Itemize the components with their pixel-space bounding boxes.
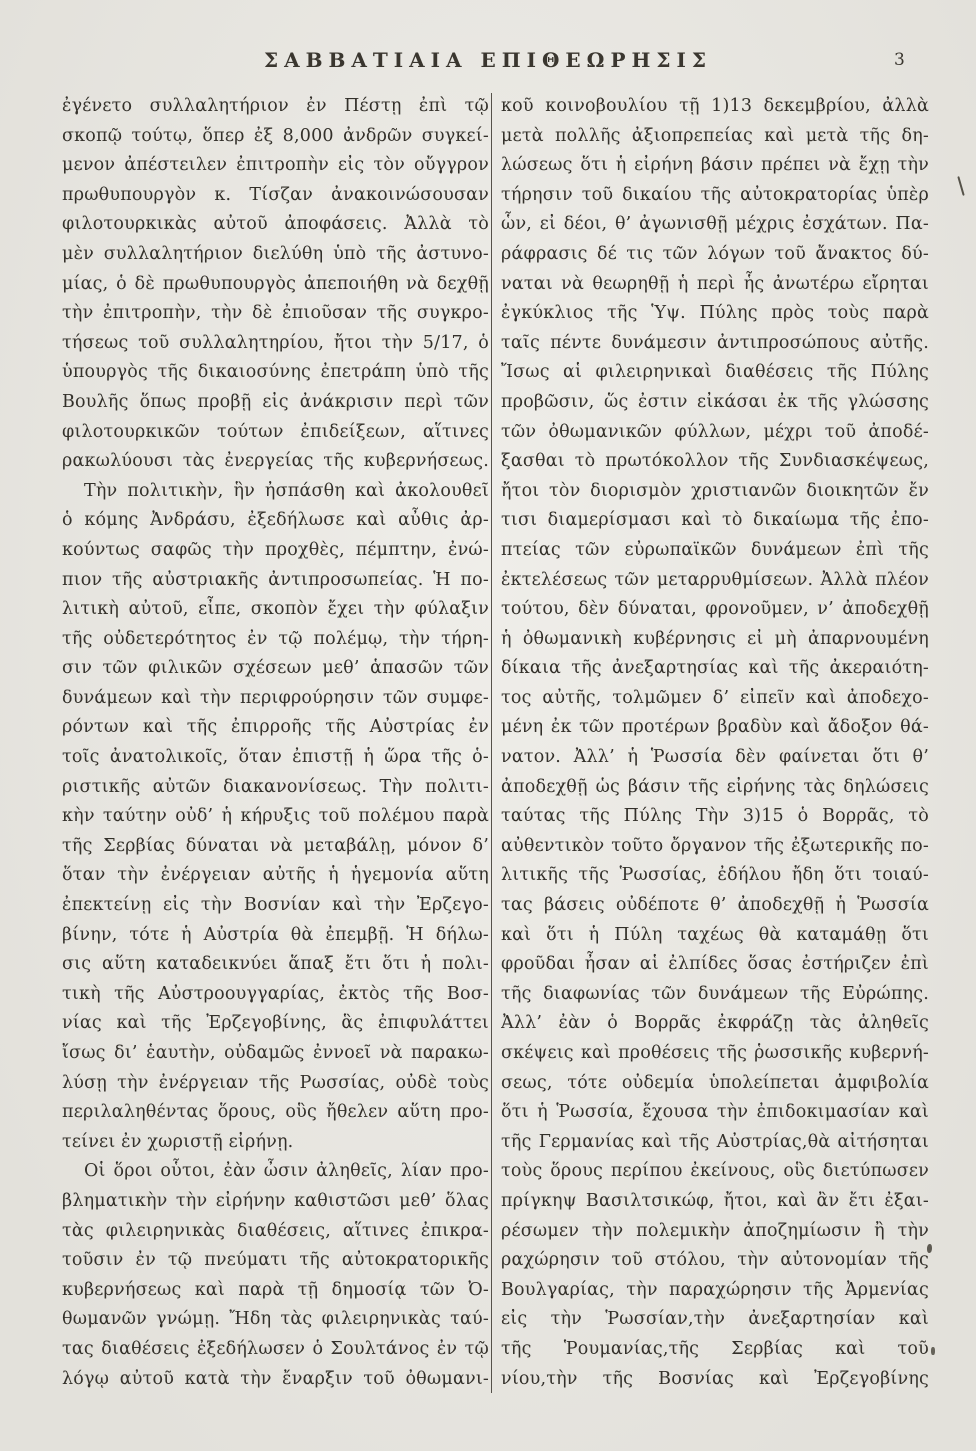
text-line: λιτικῆς τῆς Ῥωσσίας, ἐδήλου ἤδη ὅτι τοια… xyxy=(501,861,929,891)
text-line: σκοπῷ τούτῳ, ὅπερ ἐξ 8,000 ἀνδρῶν συγκεί… xyxy=(62,122,489,152)
text-line: περιλαληθέντας ὅρους, οὓς ἤθελεν αὕτη πρ… xyxy=(62,1098,489,1128)
text-line: ναται νὰ θεωρηθῇ ἡ περὶ ἧς ἀνωτέρω εἴρητ… xyxy=(501,270,929,300)
text-line: τοῖς ἀνατολικοῖς, ὅταν ἐπιστῇ ἡ ὥρα τῆς … xyxy=(62,743,489,773)
text-line: φροῦδαι ἦσαν αἱ ἐλπίδες ὅσας ἐστήριζεν ἐ… xyxy=(501,950,929,980)
text-line: ἡ ὀθωμανικὴ κυβέρνησις εἰ μὴ ἀπαρνουμένη… xyxy=(501,625,929,655)
text-line: ράφρασις δέ τις τῶν λόγων τοῦ ἄνακτος δύ… xyxy=(501,240,929,270)
publication-title: ΣΑΒΒΑΤΙΑΙΑ ΕΠΙΘΕΩΡΗΣΙΣ xyxy=(0,48,976,72)
text-line: τῆς οὐδετερότητος ἐν τῷ πολέμῳ, τὴν τήρη… xyxy=(62,625,489,655)
text-line: ρόντων καὶ τῆς ἐπιρροῆς τῆς Αὐστρίας ἐν xyxy=(62,713,489,743)
text-line: νίου,τὴν τῆς Βοσνίας καὶ Ἐρζεγοβίνης προ… xyxy=(501,1365,929,1395)
text-line: αὐθεντικὸν τοῦτο ὄργανον τῆς ἐξωτερικῆς … xyxy=(501,832,929,862)
text-line: ἐπεκτείνῃ εἰς τὴν Βοσνίαν καὶ τὴν Ἐρζεγο… xyxy=(62,891,489,921)
text-line: Βουλῆς ὅπως προβῇ εἰς ἀνάκρισιν περὶ τῶν xyxy=(62,388,489,418)
text-line: τὴν ἐπιτροπὴν, τὴν δὲ ἐπιοῦσαν τῆς συγκρ… xyxy=(62,299,489,329)
text-line: τοῦσιν ἐν τῷ πνεύματι τῆς αὐτοκρατορικῆς xyxy=(62,1246,489,1276)
text-line: μετὰ πολλῆς ἀξιοπρεπείας καὶ μετὰ τῆς δη… xyxy=(501,122,929,152)
text-line: ἐγκύκλιος τῆς Ὑψ. Πύλης πρὸς τοὺς παρὰ xyxy=(501,299,929,329)
text-line: τισι διαμερίσμασι καὶ τὸ δικαίωμα τῆς ἐπ… xyxy=(501,506,929,536)
scan-artifact-speck xyxy=(927,1244,932,1253)
text-line: ἤτοι τὸν διορισμὸν χριστιανῶν διοικητῶν … xyxy=(501,477,929,507)
text-line: μίας, ὁ δὲ πρωθυπουργὸς ἀπεποιήθη νὰ δεχ… xyxy=(62,270,489,300)
text-line: τοὺς ὅρους περίπου ἐκείνους, οὓς διετύπω… xyxy=(501,1157,929,1187)
text-line: δίκαια τῆς ἀνεξαρτησίας καὶ τῆς ἀκεραιότ… xyxy=(501,654,929,684)
text-line: κούντως σαφῶς τὴν προχθὲς, πέμπτην, ἐνώ- xyxy=(62,536,489,566)
text-line: πρωθυπουργὸν κ. Τίσζαν ἀνακοινώσουσαν τὰ… xyxy=(62,181,489,211)
text-line: ρέσωμεν τὴν πολεμικὴν ἀποζημίωσιν ἢ τὴν … xyxy=(501,1217,929,1247)
text-line: ἐγένετο συλλαλητήριον ἐν Πέστῃ ἐπὶ τῷ xyxy=(62,92,489,122)
text-line: προβῶσιν, ὥς ἐστιν εἰκάσαι ἐκ τῆς γλώσση… xyxy=(501,388,929,418)
text-line: τῆς Σερβίας δύναται νὰ μεταβάλῃ, μόνον δ… xyxy=(62,832,489,862)
text-line: λιτικὴ αὐτοῦ, εἶπε, σκοπὸν ἔχει τὴν φύλα… xyxy=(62,595,489,625)
text-line: τῆς διαφωνίας τῶν δυνάμεων τῆς Εὐρώπης. xyxy=(501,980,929,1010)
text-line: μὲν συλλαλητήριον διελύθη ὑπὸ τῆς ἀστυνο… xyxy=(62,240,489,270)
text-line: ρακωλύουσι τὰς ἐνεργείας τῆς κυβερνήσεως… xyxy=(62,447,489,477)
right-text-column: κοῦ κοινοβουλίου τῇ 1)13 δεκεμβρίου, ἀλλ… xyxy=(501,92,929,1394)
text-line: τῶν ὀθωμανικῶν φύλλων, μέχρι τοῦ ἀποδέ- xyxy=(501,418,929,448)
text-line: Τὴν πολιτικὴν, ἣν ἠσπάσθη καὶ ἀκολουθεῖ xyxy=(62,477,489,507)
text-line: θωμανῶν γνώμῃ. Ἤδη τὰς φιλειρηνικὰς ταύ- xyxy=(62,1305,489,1335)
text-line: βίνην, τότε ἡ Αὐστρία θὰ ἐπεμβῇ. Ἡ δήλω- xyxy=(62,921,489,951)
text-line: πιον τῆς αὐστριακῆς ἀντιπροσωπείας. Ἡ πο… xyxy=(62,566,489,596)
text-line: τος αὐτῆς, τολμῶμεν δ’ εἰπεῖν καὶ ἀποδεχ… xyxy=(501,684,929,714)
text-line: καὶ ὅτι ἡ Πύλη ταχέως θὰ καταμάθῃ ὅτι xyxy=(501,921,929,951)
text-line: σιν τῶν φιλικῶν σχέσεων μεθ’ ἁπασῶν τῶν xyxy=(62,654,489,684)
text-line: μενον ἀπέστειλεν ἐπιτροπὴν εἰς τὸν οὔγγρ… xyxy=(62,151,489,181)
column-divider-rule xyxy=(491,93,492,1393)
text-line: ἀποδεχθῇ ὡς βάσιν τῆς εἰρήνης τὰς δηλώσε… xyxy=(501,773,929,803)
text-line: λύσῃ τὴν ἐνέργειαν τῆς Ρωσσίας, οὐδὲ τοὺ… xyxy=(62,1069,489,1099)
text-line: εἰς τὴν Ῥωσσίαν,τὴν ἀνεξαρτησίαν καὶ αὔξ… xyxy=(501,1305,929,1335)
text-line: Ἴσως αἱ φιλειρηνικαὶ διαθέσεις τῆς Πύλης xyxy=(501,358,929,388)
text-line: τὰς φιλειρηνικὰς διαθέσεις, αἵτινες ἐπικ… xyxy=(62,1217,489,1247)
text-line: Οἱ ὅροι οὗτοι, ἐὰν ὦσιν ἀληθεῖς, λίαν πρ… xyxy=(62,1157,489,1187)
text-line: τούτου, δὲν δύναται, φρονοῦμεν, ν’ ἀποδε… xyxy=(501,595,929,625)
text-line: ὅτι ἡ Ῥωσσία, ἔχουσα τὴν ἐπιδοκιμασίαν κ… xyxy=(501,1098,929,1128)
page-number: 3 xyxy=(894,50,905,70)
text-line: φιλοτουρκικῶν τούτων ἐπιδείξεων, αἵτινες… xyxy=(62,418,489,448)
scanned-newspaper-page: ΣΑΒΒΑΤΙΑΙΑ ΕΠΙΘΕΩΡΗΣΙΣ 3 ἐγένετο συλλαλη… xyxy=(0,0,976,1451)
text-line: μένη ἐκ τῶν προτέρων βραδὺν καὶ ἄδοξον θ… xyxy=(501,713,929,743)
text-line: τας διαθέσεις ἐξεδήλωσεν ὁ Σουλτάνος ἐν … xyxy=(62,1335,489,1365)
text-line: τῆς Γερμανίας καὶ τῆς Αὐστρίας,θὰ αἰτήση… xyxy=(501,1128,929,1158)
text-line: τήρησιν τοῦ δικαίου τῆς αὐτοκρατορίας ὑπ… xyxy=(501,181,929,211)
left-text-column: ἐγένετο συλλαλητήριον ἐν Πέστῃ ἐπὶ τῷσκο… xyxy=(62,92,489,1394)
text-line: δυνάμεων καὶ τὴν περιφρούρησιν τῶν συμφε… xyxy=(62,684,489,714)
text-line: φιλοτουρκικὰς αὐτοῦ ἀποφάσεις. Ἀλλὰ τὸ xyxy=(62,210,489,240)
text-line: τῆς Ῥουμανίας,τῆς Σερβίας καὶ τοῦ Μαυροβ… xyxy=(501,1335,929,1365)
text-line: κοῦ κοινοβουλίου τῇ 1)13 δεκεμβρίου, ἀλλ… xyxy=(501,92,929,122)
text-line: ξασθαι τὸ πρωτόκολλον τῆς Συνδιασκέψεως, xyxy=(501,447,929,477)
text-line: λόγῳ αὐτοῦ κατὰ τὴν ἔναρξιν τοῦ ὀθωμανι- xyxy=(62,1365,489,1395)
text-line: τείνει ἐν χωριστῇ εἰρήνῃ. xyxy=(62,1128,489,1158)
text-line: Βουλγαρίας, τὴν παραχώρησιν τῆς Ἀρμενίας xyxy=(501,1276,929,1306)
text-line: ὑπουργὸς τῆς δικαιοσύνης ἐπετράπη ὑπὸ τῆ… xyxy=(62,358,489,388)
text-line: νατον. Ἀλλ’ ἡ Ῥωσσία δὲν φαίνεται ὅτι θ’ xyxy=(501,743,929,773)
text-line: ριστικῆς αὐτῶν διακανονίσεως. Τὴν πολιτι… xyxy=(62,773,489,803)
text-line: σις αὕτη καταδεικνύει ἅπαξ ἔτι ὅτι ἡ πολ… xyxy=(62,950,489,980)
text-line: πρίγκηψ Βασιλτσικώφ, ἤτοι, καὶ ἂν ἔτι ἐξ… xyxy=(501,1187,929,1217)
scan-artifact-speck xyxy=(931,1347,935,1355)
text-line: σκέψεις καὶ προθέσεις τῆς ῥωσσικῆς κυβερ… xyxy=(501,1039,929,1069)
text-line: ὧν, εἰ δέοι, θ’ ἀγωνισθῇ μέχρις ἐσχάτων.… xyxy=(501,210,929,240)
text-line: πτείας τῶν εὐρωπαϊκῶν δυνάμεων ἐπὶ τῆς xyxy=(501,536,929,566)
text-line: ἴσως δι’ ἑαυτὴν, οὐδαμῶς ἐννοεῖ νὰ παρακ… xyxy=(62,1039,489,1069)
text-line: σεως, τότε οὐδεμία ὑπολείπεται ἀμφιβολία xyxy=(501,1069,929,1099)
text-line: ἐκτελέσεως τῶν μεταρρυθμίσεων. Ἀλλὰ πλέο… xyxy=(501,566,929,596)
text-line: ὅταν τὴν ἐνέργειαν αὐτῆς ἡ ἡγεμονία αὕτη xyxy=(62,861,489,891)
text-line: λώσεως ὅτι ἡ εἰρήνη βάσιν πρέπει νὰ ἔχῃ … xyxy=(501,151,929,181)
text-line: τας βάσεις οὐδέποτε θ’ ἀποδεχθῇ ἡ Ῥωσσία xyxy=(501,891,929,921)
text-line: κυβερνήσεως καὶ παρὰ τῇ δημοσίᾳ τῶν Ὀ- xyxy=(62,1276,489,1306)
text-line: νίας καὶ τῆς Ἐρζεγοβίνης, ἃς ἐπιφυλάττει xyxy=(62,1009,489,1039)
text-line: τήσεως τοῦ συλλαλητηρίου, ἤτοι τὴν 5/17,… xyxy=(62,329,489,359)
text-line: ραχώρησιν τοῦ στόλου, τὴν αὐτονομίαν τῆς xyxy=(501,1246,929,1276)
text-line: τικὴ τῆς Αὐστροουγγαρίας, ἐκτὸς τῆς Βοσ- xyxy=(62,980,489,1010)
text-line: Ἀλλ’ ἐὰν ὁ Βορρᾶς ἐκφράζῃ τὰς ἀληθεῖς xyxy=(501,1009,929,1039)
text-line: κὴν ταύτην οὐδ’ ἡ κήρυξις τοῦ πολέμου πα… xyxy=(62,802,489,832)
text-line: βληματικὴν τὴν εἰρήνην καθιστῶσι μεθ’ ὅλ… xyxy=(62,1187,489,1217)
text-line: ὁ κόμης Ἀνδράσυ, ἐξεδήλωσε καὶ αὖθις ἀρ- xyxy=(62,506,489,536)
scan-artifact-stroke xyxy=(957,176,964,196)
text-line: ταῖς πέντε δυνάμεσιν ἀντιπροσώπους αὐτῆς… xyxy=(501,329,929,359)
text-line: ταύτας τῆς Πύλης Τὴν 3)15 ὁ Βορρᾶς, τὸ xyxy=(501,802,929,832)
